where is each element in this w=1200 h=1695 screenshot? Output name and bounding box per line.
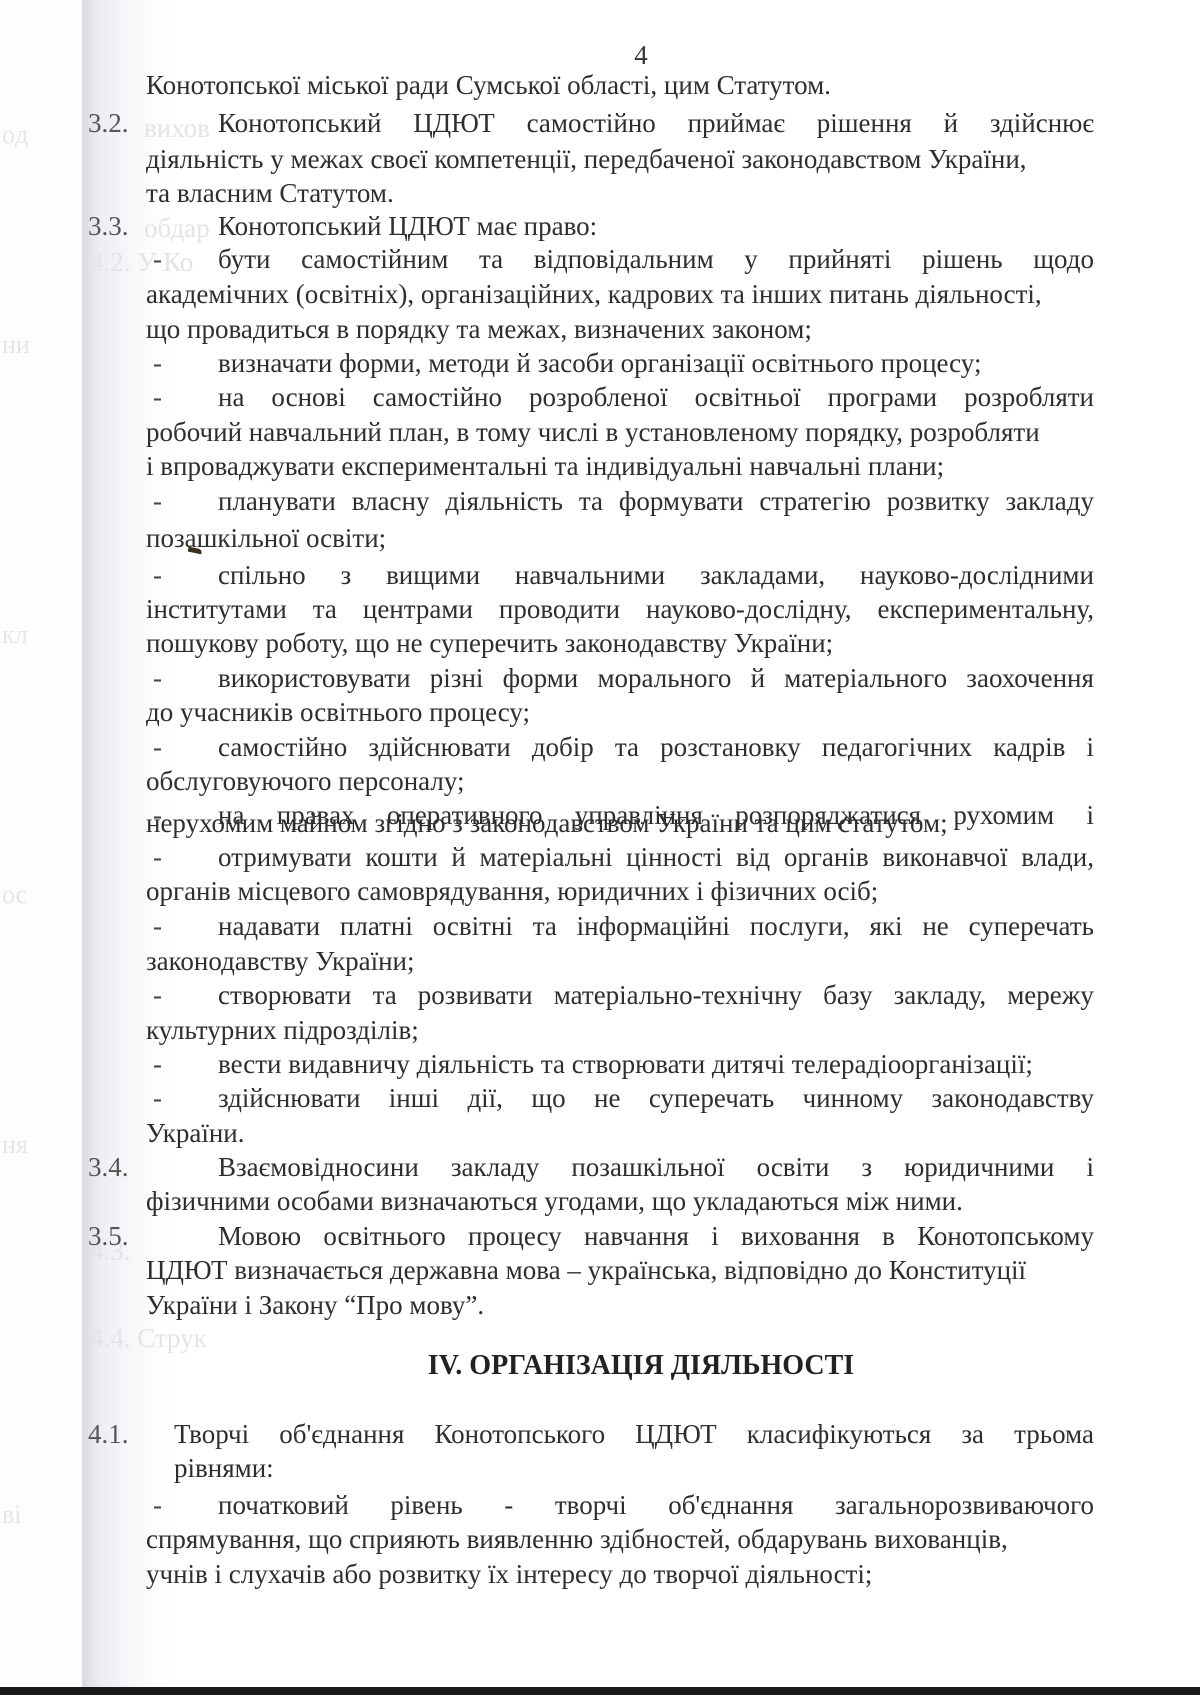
text-line: отримуватикоштийматеріальніцінностівідор… [218, 840, 1094, 874]
ghost-text: ня [2, 1130, 28, 1160]
text-line: самостійноздійснюватидобіртарозстановкуп… [218, 730, 1094, 764]
section-number: 3.2. [88, 106, 129, 140]
text-line: використовуватирізніформиморальногоймате… [218, 661, 1094, 695]
bleed-through: 4.2. У Ко [90, 247, 193, 278]
list-dash: - [153, 661, 162, 695]
scanner-edge [0, 1687, 1200, 1695]
text-line: органів місцевого самоврядування, юридич… [146, 874, 878, 908]
list-dash: - [153, 242, 162, 276]
previous-page-edge: oд ни кл ос ня ві [0, 0, 82, 1687]
ghost-text: ві [2, 1500, 22, 1530]
text-line: визначати форми, методи й засоби організ… [218, 346, 981, 380]
list-dash: - [153, 909, 162, 943]
text-line: Конотопської міської ради Сумської облас… [146, 68, 831, 102]
text-line: спільнозвищиминавчальнимизакладами,науко… [218, 558, 1094, 592]
text-line: академічних (освітніх), організаційних, … [146, 277, 1042, 311]
section-heading: IV. ОРГАНІЗАЦІЯ ДІЯЛЬНОСТІ [82, 1350, 1200, 1382]
text-line: Мовоюосвітньогопроцесунавчанняівиховання… [218, 1219, 1094, 1253]
text-line: учнів і слухачів або розвитку їх інтерес… [146, 1557, 872, 1591]
text-line: обслуговуючого персоналу; [146, 764, 465, 798]
text-line: діяльність у межах своєї компетенції, пе… [146, 142, 1027, 176]
text-line: інститутамитацентрамипроводитинауково-до… [146, 592, 1094, 626]
ghost-text: кл [2, 620, 28, 650]
text-line: культурних підрозділів; [146, 1013, 419, 1047]
text-line: фізичними особами визначаються угодами, … [146, 1184, 963, 1218]
text-line: України. [146, 1116, 245, 1150]
text-line: КонотопськийЦДЮТсамостійноприймаєрішення… [218, 106, 1094, 140]
page-number: 4 [82, 40, 1200, 71]
list-dash: - [153, 558, 162, 592]
text-line: здійснюватиіншідії,щонесуперечатьчинному… [218, 1081, 1094, 1115]
text-line: позашкільної освіти; [146, 521, 386, 555]
bleed-through: обдар [144, 213, 210, 244]
text-line: України і Закону “Про мову”. [146, 1288, 484, 1322]
text-line: робочий навчальний план, в тому числі в … [146, 415, 1040, 449]
text-line: ЦДЮТ визначається державна мова – україн… [146, 1253, 1026, 1287]
list-dash: - [153, 978, 162, 1012]
list-dash: - [153, 1081, 162, 1115]
text-line: до учасників освітнього процесу; [146, 695, 530, 729]
text-line: що провадиться в порядку та межах, визна… [146, 312, 812, 346]
text-line: спрямування, що сприяють виявленню здібн… [146, 1522, 1008, 1556]
list-dash: - [153, 484, 162, 518]
list-dash: - [153, 346, 162, 380]
list-dash: - [153, 1047, 162, 1081]
text-line: і впроваджувати експериментальні та інди… [146, 449, 944, 483]
text-line: планувативласнудіяльністьтаформуватистра… [218, 484, 1094, 518]
text-line: законодавству України; [146, 944, 414, 978]
ghost-text: ни [2, 330, 30, 360]
list-dash: - [153, 730, 162, 764]
list-dash: - [153, 380, 162, 414]
text-line: та власним Статутом. [146, 176, 394, 210]
text-line: рівнями: [174, 1451, 274, 1485]
text-line: Взаємовідносинизакладупозашкільноїосвіти… [218, 1150, 1094, 1184]
list-dash: - [153, 840, 162, 874]
text-line: бутисамостійнимтавідповідальнимуприйняті… [218, 242, 1094, 276]
text-line: вести видавничу діяльність та створювати… [218, 1047, 1033, 1081]
section-number: 3.4. [88, 1150, 129, 1184]
bleed-through: вихов [144, 113, 210, 144]
text-line: Конотопський ЦДЮТ має право: [218, 209, 597, 243]
section-number: 3.3. [88, 209, 129, 243]
ghost-text: oд [2, 120, 28, 150]
text-line: пошукову роботу, що не суперечить законо… [146, 626, 833, 660]
text-line: надаватиплатніосвітнітаінформаційніпослу… [218, 909, 1094, 943]
text-line: створюватитарозвиватиматеріально-технічн… [218, 978, 1094, 1012]
section-number: 3.5. [88, 1219, 129, 1253]
text-line: нерухомим майном згідно з законодавством… [146, 806, 948, 840]
text-line: наосновісамостійнорозробленоїосвітньоїпр… [218, 380, 1094, 414]
text-line: Творчіоб'єднанняКонотопськогоЦДЮТкласифі… [174, 1417, 1094, 1451]
ghost-text: ос [2, 880, 27, 910]
list-dash: - [153, 1488, 162, 1522]
section-number: 4.1. [88, 1417, 129, 1451]
text-line: початковийрівень-творчіоб'єднаннязагальн… [218, 1488, 1094, 1522]
